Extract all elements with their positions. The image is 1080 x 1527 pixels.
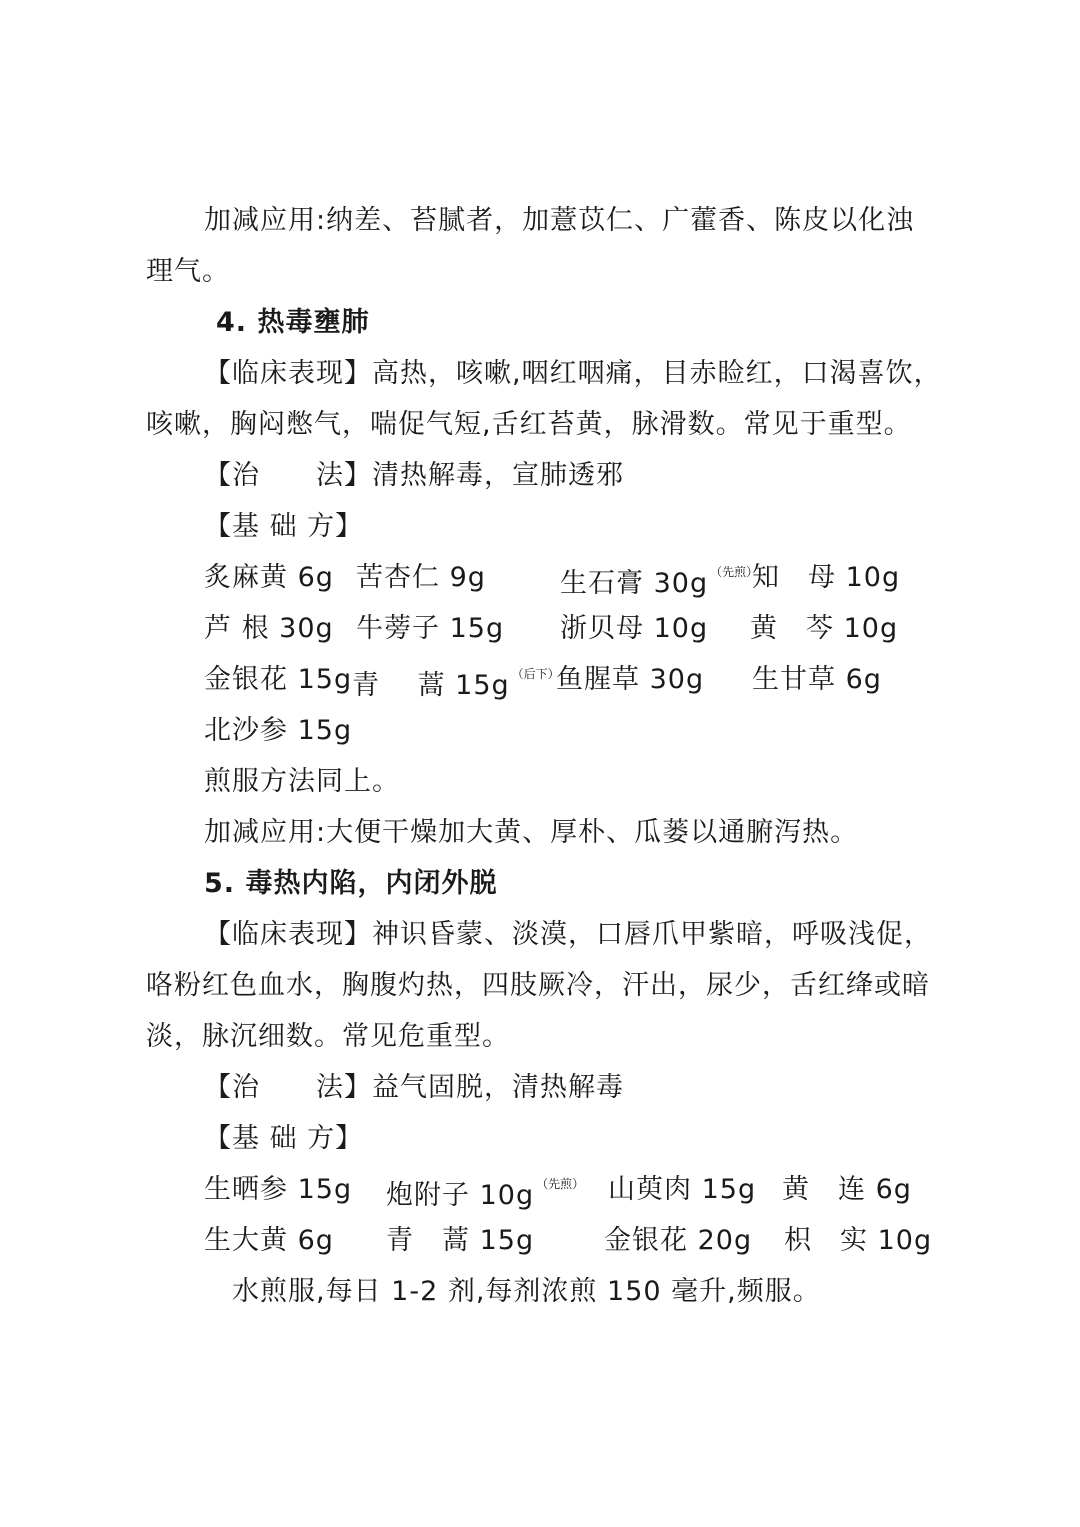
herb-note: （先煎）: [536, 1177, 584, 1191]
herb-item: 生石膏 30g（先煎）: [560, 561, 758, 601]
modification-text: 加减应用:大便干燥加大黄、厚朴、瓜蒌以通腑泻热。: [204, 816, 858, 850]
treatment-method: 【治 法】益气固脱，清热解毒: [204, 1071, 624, 1105]
modification-text-continued: 理气。: [146, 255, 230, 289]
decoction-method: 煎服方法同上。: [204, 765, 400, 799]
herb-item: 炮附子 10g（先煎）: [386, 1173, 584, 1213]
clinical-manifestation: 【临床表现】高热，咳嗽,咽红咽痛，目赤睑红，口渴喜饮，: [204, 357, 942, 391]
section-heading-4: 4. 热毒壅肺: [216, 306, 369, 340]
herb-item: 黄 连 6g: [782, 1173, 912, 1207]
herb-item: 青 蒿 15g: [386, 1224, 534, 1258]
formula-label: 【基 础 方】: [204, 510, 363, 544]
herb-note: （后下）: [512, 667, 560, 681]
herb-item: 鱼腥草 30g: [556, 663, 704, 697]
clinical-manifestation-continued: 咯粉红色血水，胸腹灼热，四肢厥冷，汗出，尿少，舌红绛或暗: [146, 969, 930, 1003]
herb-item: 枳 实 10g: [784, 1224, 932, 1258]
clinical-manifestation: 【临床表现】神识昏蒙、淡漠，口唇爪甲紫暗，呼吸浅促，: [204, 918, 932, 952]
herb-note: （先煎）: [710, 565, 758, 579]
herb-item: 北沙参 15g: [204, 714, 352, 748]
herb-item: 浙贝母 10g: [560, 612, 708, 646]
formula-label: 【基 础 方】: [204, 1122, 363, 1156]
clinical-manifestation-continued: 淡，脉沉细数。常见危重型。: [146, 1020, 510, 1054]
treatment-method: 【治 法】清热解毒，宣肺透邪: [204, 459, 624, 493]
section-heading-5: 5. 毒热内陷，内闭外脱: [204, 867, 497, 901]
decoction-method: 水煎服,每日 1-2 剂,每剂浓煎 150 毫升,频服。: [232, 1275, 821, 1309]
herb-item: 生甘草 6g: [752, 663, 882, 697]
herb-item: 山萸肉 15g: [608, 1173, 756, 1207]
herb-item: 芦 根 30g: [204, 612, 334, 646]
herb-item: 青 蒿 15g（后下）: [352, 663, 560, 703]
herb-item: 知 母 10g: [752, 561, 900, 595]
herb-item: 炙麻黄 6g: [204, 561, 334, 595]
clinical-manifestation-continued: 咳嗽，胸闷憋气，喘促气短,舌红苔黄，脉滑数。常见于重型。: [146, 408, 912, 442]
herb-item: 牛蒡子 15g: [356, 612, 504, 646]
herb-item: 苦杏仁 9g: [356, 561, 486, 595]
herb-item: 金银花 20g: [604, 1224, 752, 1258]
herb-item: 黄 芩 10g: [750, 612, 898, 646]
herb-item: 生大黄 6g: [204, 1224, 334, 1258]
modification-text: 加减应用:纳差、苔腻者，加薏苡仁、广藿香、陈皮以化浊: [204, 204, 914, 238]
herb-item: 金银花 15g: [204, 663, 352, 697]
herb-item: 生晒参 15g: [204, 1173, 352, 1207]
